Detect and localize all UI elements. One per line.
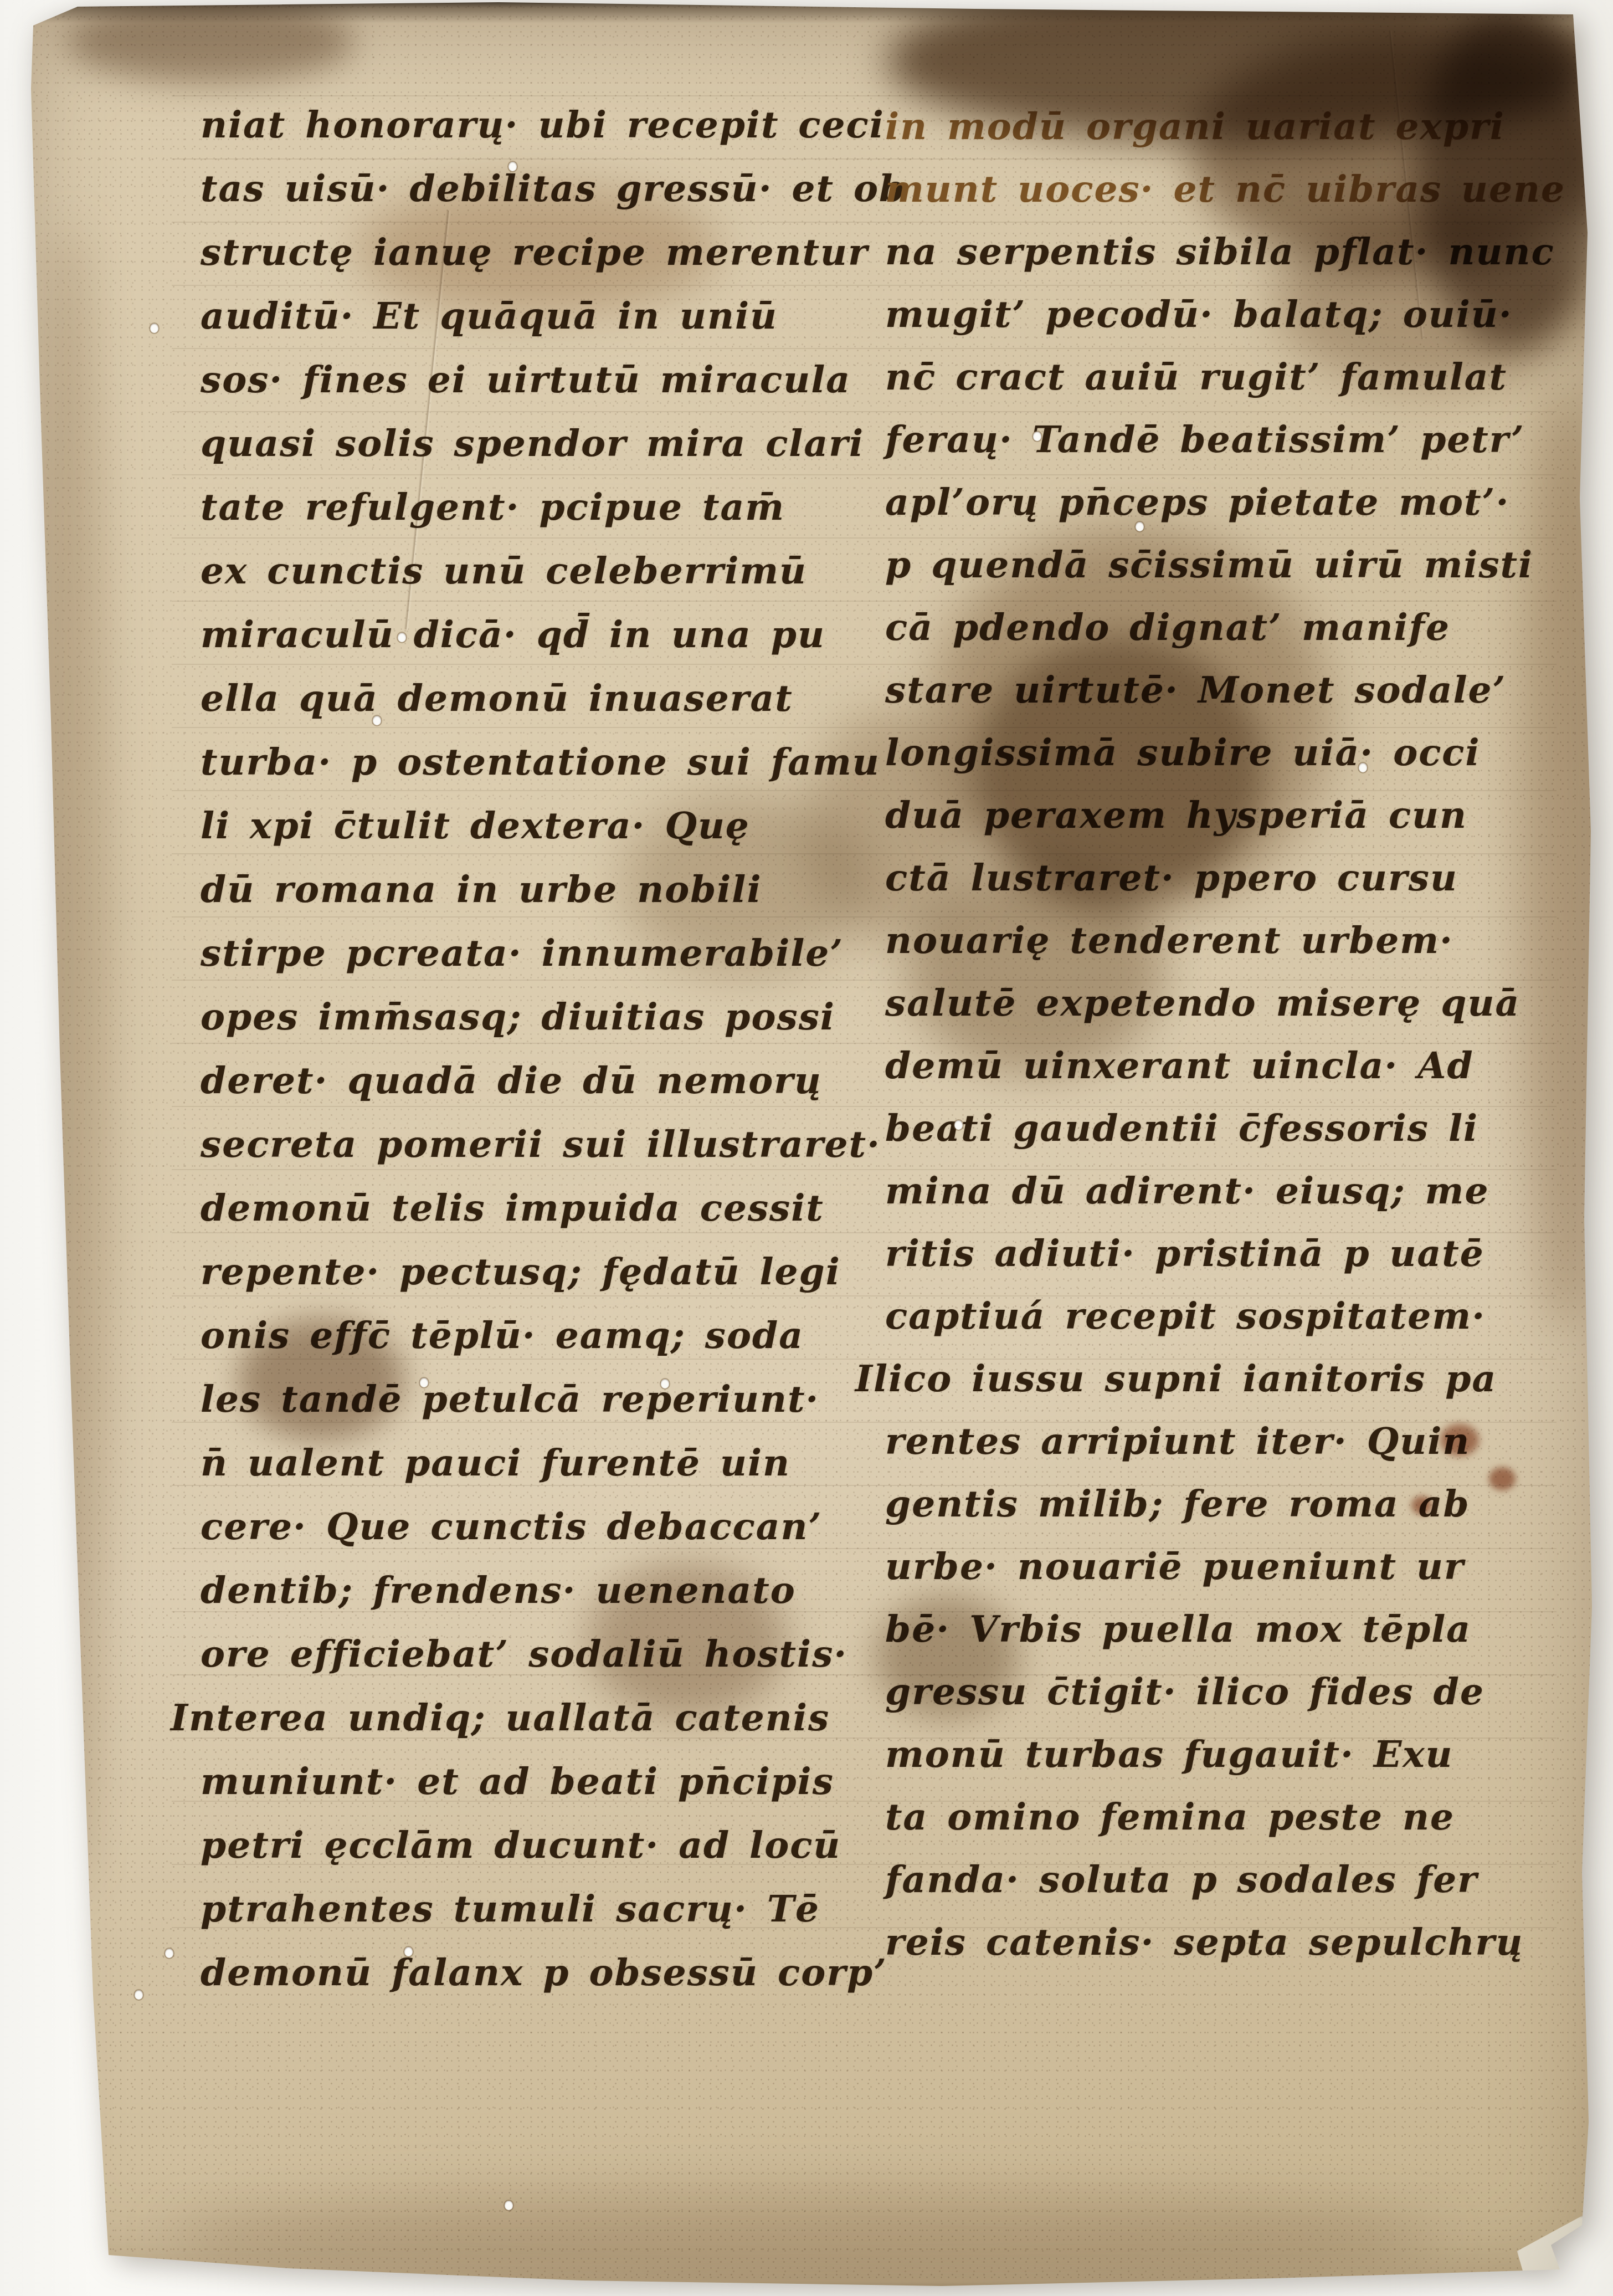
text-line: munt uoces· et nc̄ uibras uene — [885, 158, 1578, 221]
text-line: repente· pectusq; fędatū legi — [201, 1240, 860, 1304]
text-line: li xpi c̄tulit dextera· Quę — [201, 794, 860, 858]
text-line: salutē expetendo miserę quā — [885, 972, 1578, 1034]
text-line: cā pdendo dignat’ manife — [885, 596, 1578, 659]
text-line: quasi solis spendor mira clari — [201, 412, 860, 475]
text-line: tate refulgent· pcipue tam̄ — [201, 475, 860, 539]
text-line: na serpentis sibila pflat· nunc — [885, 221, 1578, 283]
text-line: n̄ ualent pauci furentē uin — [201, 1431, 860, 1495]
text-line: gressu c̄tigit· ilico fides de — [885, 1660, 1578, 1723]
leaf-shadow: niat honorarų· ubi recepit cecitas uisū·… — [0, 0, 1613, 2296]
stain — [166, 2189, 1440, 2283]
rust-spot — [1411, 1496, 1432, 1515]
text-line: mugit’ pecodū· balatq; ouiū· — [885, 283, 1578, 346]
text-line: ptrahentes tumuli sacrų· Tē — [201, 1877, 860, 1941]
text-line: ta omino femina peste ne — [885, 1786, 1578, 1848]
text-line: Interea undiq; uallatā catenis — [201, 1686, 860, 1750]
text-line: apl’orų pn̄ceps pietate mot’· — [885, 471, 1578, 534]
text-line: mina dū adirent· eiusq; me — [885, 1160, 1578, 1222]
text-line: urbe· nouariē pueniunt ur — [885, 1535, 1578, 1598]
manuscript-leaf: niat honorarų· ubi recepit cecitas uisū·… — [0, 0, 1613, 2296]
text-line: monū turbas fugauit· Exu — [885, 1723, 1578, 1786]
text-line: beati gaudentii c̄fessoris li — [885, 1097, 1578, 1160]
text-column-right: in modū organi uariat exprimunt uoces· e… — [885, 95, 1578, 1974]
text-line: tas uisū· debilitas gressū· et ob — [201, 157, 860, 221]
text-line: nc̄ cract auiū rugit’ famulat — [885, 346, 1578, 408]
text-line: muniunt· et ad beati pn̄cipis — [201, 1750, 860, 1813]
text-line: cere· Que cunctis debaccan’ — [201, 1495, 860, 1559]
text-line: p quendā sc̄issimū uirū misti — [885, 534, 1578, 596]
worm-hole — [954, 1120, 963, 1130]
text-line: dentib; frendens· uenenato — [201, 1559, 860, 1622]
text-line: in modū organi uariat expri — [885, 95, 1578, 158]
text-line: ore efficiebat’ sodaliū hostis· — [201, 1622, 860, 1686]
photo-backdrop: niat honorarų· ubi recepit cecitas uisū·… — [0, 0, 1613, 2296]
text-line: ella quā demonū inuaserat — [201, 667, 860, 730]
text-line: bē· Vrbis puella mox tēpla — [885, 1598, 1578, 1660]
worm-hole — [1359, 763, 1367, 772]
hanging-initial: I — [171, 1696, 189, 1739]
rust-spot — [1489, 1467, 1516, 1490]
text-line: feraų· Tandē beatissim’ petr’ — [885, 408, 1578, 471]
worm-hole — [1136, 522, 1144, 531]
worm-hole — [398, 633, 406, 642]
folded-corner — [1516, 2215, 1591, 2277]
text-line: les tandē petulcā reperiunt· — [201, 1367, 860, 1431]
worm-hole — [165, 1949, 173, 1958]
text-line: reis catenis· septa sepulchrų — [885, 1911, 1578, 1974]
worm-hole — [1033, 432, 1041, 441]
text-line: Ilico iussu supni ianitoris pa — [885, 1347, 1578, 1410]
text-line: deret· quadā die dū nemorų — [201, 1049, 860, 1113]
text-line: opes imm̄sasq; diuitias possi — [201, 985, 860, 1049]
worm-hole — [150, 324, 158, 333]
text-line: gentis milib; fere roma ab — [885, 1473, 1578, 1535]
text-line: demū uinxerant uincla· Ad — [885, 1034, 1578, 1097]
stain — [66, 0, 355, 83]
stain — [28, 222, 111, 1884]
text-line: longissimā subire uiā· occi — [885, 721, 1578, 784]
hanging-initial: I — [855, 1357, 874, 1400]
text-line: structę ianuę recipe merentur — [201, 221, 860, 284]
worm-hole — [373, 716, 381, 725]
text-line: niat honorarų· ubi recepit ceci — [201, 93, 860, 157]
text-line: demonū telis impuida cessit — [201, 1176, 860, 1240]
text-line: ctā lustraret· ppero cursu — [885, 847, 1578, 909]
text-line: ex cunctis unū celeberrimū — [201, 539, 860, 603]
text-line: fanda· soluta p sodales fer — [885, 1848, 1578, 1911]
text-line: auditū· Et quāquā in uniū — [201, 284, 860, 348]
worm-hole — [508, 162, 517, 171]
text-line: captiuá recepit sospitatem· — [885, 1285, 1578, 1347]
text-line: duā peraxem hysperiā cun — [885, 784, 1578, 847]
text-line: sos· fines ei uirtutū miracula — [201, 348, 860, 412]
text-line: stare uirtutē· Monet sodale’ — [885, 659, 1578, 721]
text-line: petri ęcclām ducunt· ad locū — [201, 1813, 860, 1877]
text-line: ritis adiuti· pristinā p uatē — [885, 1222, 1578, 1285]
worm-hole — [135, 1990, 143, 2000]
text-column-left: niat honorarų· ubi recepit cecitas uisū·… — [201, 93, 860, 2005]
text-line: nouarię tenderent urbem· — [885, 909, 1578, 972]
worm-hole — [505, 2201, 513, 2210]
worm-hole — [404, 1947, 413, 1956]
text-line: demonū falanx p obsessū corp’ — [201, 1941, 860, 2005]
worm-hole — [64, 1852, 72, 1861]
worm-hole — [661, 1379, 669, 1388]
text-line: onis effc̄ tēplū· eamq; soda — [201, 1304, 860, 1367]
text-line: dū romana in urbe nobili — [201, 858, 860, 921]
text-line: secreta pomerii sui illustraret· — [201, 1113, 860, 1176]
text-line: turba· p ostentatione sui famu — [201, 730, 860, 794]
rust-spot — [1440, 1424, 1479, 1456]
worm-hole — [420, 1378, 428, 1387]
text-line: stirpe pcreata· innumerabile’ — [201, 921, 860, 985]
text-line: miraculū dicā· qd̄ in una pu — [201, 603, 860, 667]
